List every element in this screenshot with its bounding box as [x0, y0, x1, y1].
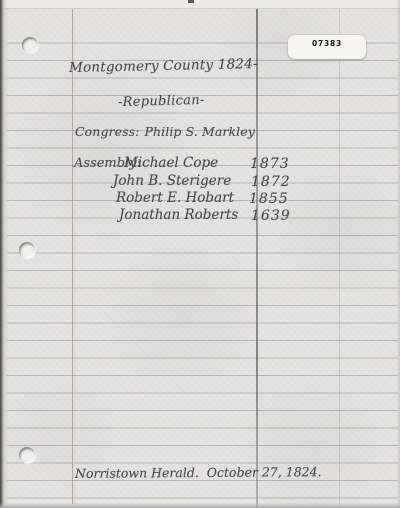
catalog-number: 07383 [312, 39, 342, 48]
assembly-name: Michael Cope [124, 157, 218, 171]
hole-punch-top [22, 37, 38, 53]
paper-left-edge [0, 0, 8, 508]
citation-line: Norristown Herald. October 27, 1824. [75, 466, 322, 480]
top-edge-mark [188, 0, 194, 3]
paper-bottom-edge [0, 503, 400, 508]
paper-top-edge [0, 0, 400, 9]
assembly-votes: 1872 [251, 175, 291, 189]
congress-label: Congress: [75, 124, 139, 139]
catalog-sticker: 07383 [288, 35, 366, 59]
assembly-name: Jonathan Roberts [119, 209, 238, 223]
hole-punch-bottom [19, 447, 35, 463]
assembly-name: Robert E. Hobart [116, 192, 234, 206]
assembly-name: John B. Sterigere [113, 175, 231, 189]
scanned-page: 07383 Montgomery County 1824- -Republica… [0, 0, 400, 508]
faint-vertical-crease [339, 0, 340, 508]
vertical-crease [256, 0, 258, 508]
margin-line [72, 8, 73, 504]
assembly-votes: 1873 [250, 157, 290, 171]
congress-name: Philip S. Markley [144, 124, 254, 139]
party-line: -Republican- [118, 94, 205, 109]
assembly-votes: 1639 [251, 209, 291, 223]
hole-punch-middle [19, 242, 35, 258]
congress-line: Congress:Philip S. Markley [75, 126, 255, 139]
assembly-votes: 1855 [249, 192, 289, 206]
